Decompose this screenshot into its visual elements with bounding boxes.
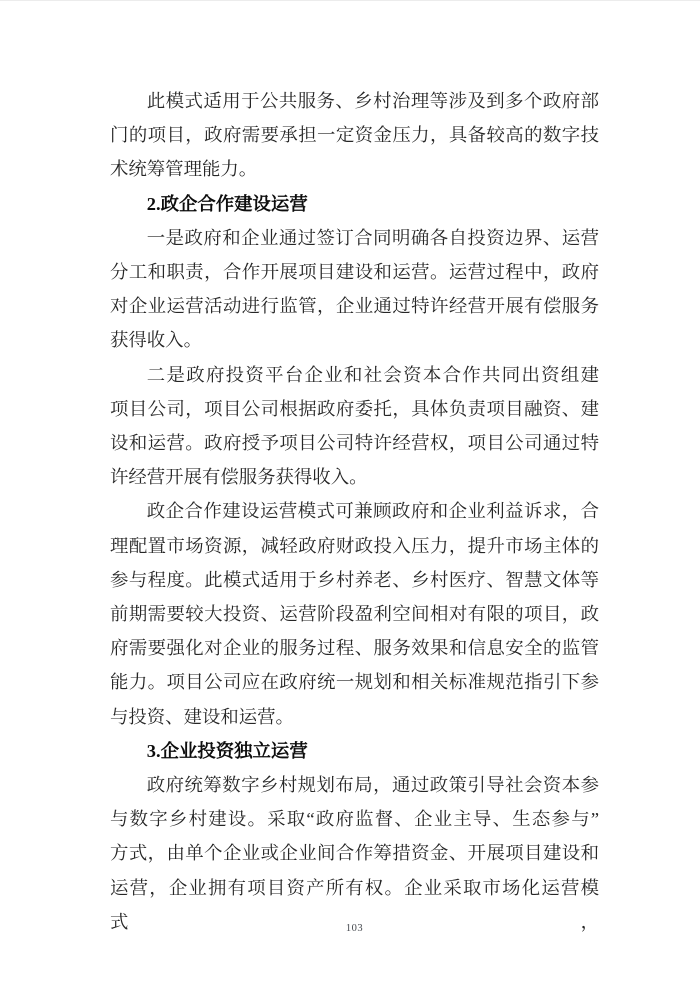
- section-heading-3: 3.企业投资独立运营: [110, 734, 599, 768]
- body-text-line: 许经营开展有偿服务获得收入。: [110, 460, 599, 494]
- body-text-line: 术统筹管理能力。: [110, 152, 599, 186]
- body-text-line: 门的项目，政府需要承担一定资金压力，具备较高的数字技: [110, 118, 599, 152]
- body-text-line: 政府统筹数字乡村规划布局，通过政策引导社会资本参: [110, 768, 599, 802]
- body-text-line: 获得收入。: [110, 323, 599, 357]
- body-text-line: 府需要强化对企业的服务过程、服务效果和信息安全的监管: [110, 631, 599, 665]
- body-text-line: 与数字乡村建设。采取“政府监督、企业主导、生态参与”: [110, 802, 599, 836]
- body-text-line: 能力。项目公司应在政府统一规划和相关标准规范指引下参: [110, 665, 599, 699]
- page-number: 103: [346, 923, 363, 934]
- body-text-line: 对企业运营活动进行监管，企业通过特许经营开展有偿服务: [110, 289, 599, 323]
- body-text-line: 前期需要较大投资、运营阶段盈利空间相对有限的项目，政: [110, 597, 599, 631]
- body-text-line: 二是政府投资平台企业和社会资本合作共同出资组建: [110, 358, 599, 392]
- body-text-line: 政企合作建设运营模式可兼顾政府和企业利益诉求，合: [110, 494, 599, 528]
- document-body: 此模式适用于公共服务、乡村治理等涉及到多个政府部 门的项目，政府需要承担一定资金…: [110, 84, 599, 939]
- document-page: 此模式适用于公共服务、乡村治理等涉及到多个政府部 门的项目，政府需要承担一定资金…: [0, 0, 700, 991]
- page-footer: 103: [110, 918, 599, 936]
- body-text-line: 与投资、建设和运营。: [110, 700, 599, 734]
- body-text-line: 项目公司，项目公司根据政府委托，具体负责项目融资、建: [110, 392, 599, 426]
- body-text-line: 一是政府和企业通过签订合同明确各自投资边界、运营: [110, 221, 599, 255]
- body-text-line: 理配置市场资源，减轻政府财政投入压力，提升市场主体的: [110, 529, 599, 563]
- body-text-line: 方式，由单个企业或企业间合作筹措资金、开展项目建设和: [110, 836, 599, 870]
- body-text-line: 分工和职责，合作开展项目建设和运营。运营过程中，政府: [110, 255, 599, 289]
- section-heading-2: 2.政企合作建设运营: [110, 187, 599, 221]
- body-text-line: 此模式适用于公共服务、乡村治理等涉及到多个政府部: [110, 84, 599, 118]
- body-text-line: 设和运营。政府授予项目公司特许经营权，项目公司通过特: [110, 426, 599, 460]
- body-text-line: 参与程度。此模式适用于乡村养老、乡村医疗、智慧文体等: [110, 563, 599, 597]
